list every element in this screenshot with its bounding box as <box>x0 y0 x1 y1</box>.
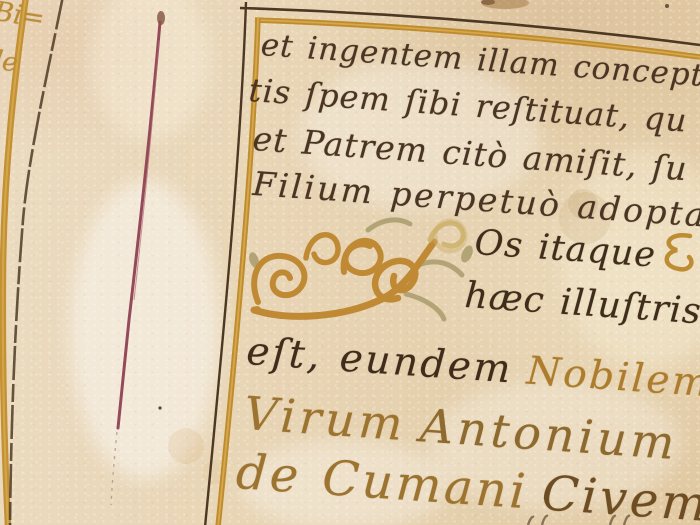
red-silk-fiber <box>118 22 160 428</box>
margin-gold-fragment: Bi= <box>0 0 46 33</box>
gold-flourish-ornament <box>247 220 475 319</box>
stain <box>168 428 204 464</box>
manuscript-photo: Bi= de a et ingentem illam concept tis ſ… <box>0 0 700 525</box>
speck <box>665 4 669 8</box>
text-line-9-dark-segment: Civem <box>540 465 700 525</box>
text-line-8-gold-segment: Virum <box>243 386 409 451</box>
fiber-scratch-trace <box>111 432 117 505</box>
speck <box>158 406 161 409</box>
gold-ruled-line <box>3 0 26 525</box>
gold-curl-swash <box>667 235 692 269</box>
